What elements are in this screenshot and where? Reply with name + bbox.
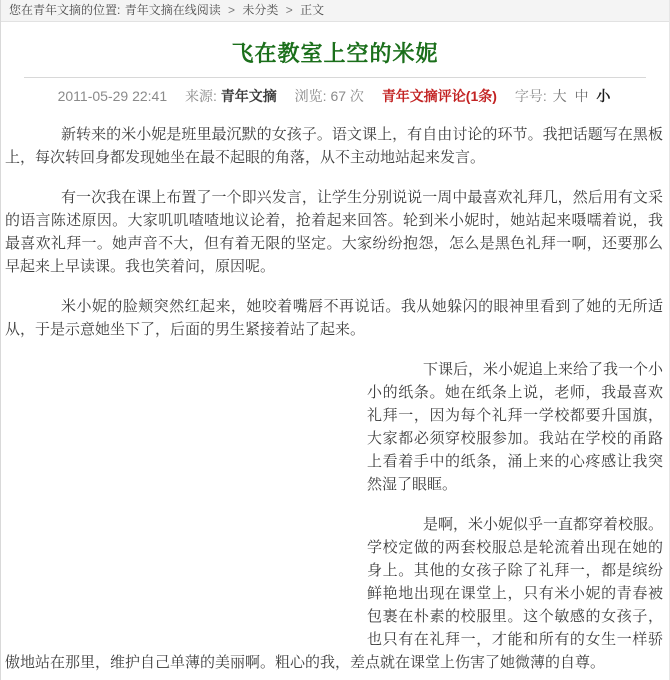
fontsize-small-button[interactable]: 小 xyxy=(596,88,610,104)
breadcrumb-link-category[interactable]: 未分类 xyxy=(242,3,278,17)
breadcrumb: 您在青年文摘的位置: 青年文摘在线阅读 > 未分类 > 正文 xyxy=(1,0,669,22)
breadcrumb-separator: > xyxy=(228,3,235,17)
paragraph: 米小妮的脸颊突然红起来，她咬着嘴唇不再说话。我从她躲闪的眼神里看到了她的无所适从… xyxy=(5,295,663,341)
article-meta: 2011-05-29 22:41 来源: 青年文摘 浏览: 67 次 青年文摘评… xyxy=(1,78,669,106)
comments-link[interactable]: 青年文摘评论(1条) xyxy=(382,88,497,104)
article-body: 新转来的米小妮是班里最沉默的女孩子。语文课上，有自由讨论的环节。我把话题写在黑板… xyxy=(1,123,669,674)
views-value: 67 次 xyxy=(330,88,363,104)
paragraph: 新转来的米小妮是班里最沉默的女孩子。语文课上，有自由讨论的环节。我把话题写在黑板… xyxy=(5,123,663,169)
breadcrumb-link-current[interactable]: 正文 xyxy=(300,3,324,17)
breadcrumb-link-online-reading[interactable]: 青年文摘在线阅读 xyxy=(125,3,221,17)
fontsize-large-button[interactable]: 大 xyxy=(553,88,567,104)
source-value: 青年文摘 xyxy=(221,88,277,104)
article-image-placeholder xyxy=(5,358,367,630)
meta-views: 浏览: 67 次 xyxy=(295,88,368,104)
views-label: 浏览: xyxy=(295,88,327,104)
paragraph: 有一次我在课上布置了一个即兴发言，让学生分别说说一周中最喜欢礼拜几，然后用有文采… xyxy=(5,186,663,278)
breadcrumb-label: 您在青年文摘的位置: xyxy=(9,3,120,17)
article-page: 您在青年文摘的位置: 青年文摘在线阅读 > 未分类 > 正文 飞在教室上空的米妮… xyxy=(0,0,670,680)
meta-date: 2011-05-29 22:41 xyxy=(58,88,168,104)
fontsize-medium-button[interactable]: 中 xyxy=(575,88,589,104)
meta-source: 来源: 青年文摘 xyxy=(185,88,281,104)
fontsize-control: 字号: 大 中 小 xyxy=(515,88,613,104)
breadcrumb-separator: > xyxy=(286,3,293,17)
source-label: 来源: xyxy=(185,88,217,104)
page-title: 飞在教室上空的米妮 xyxy=(1,37,669,68)
fontsize-label: 字号: xyxy=(515,88,547,104)
